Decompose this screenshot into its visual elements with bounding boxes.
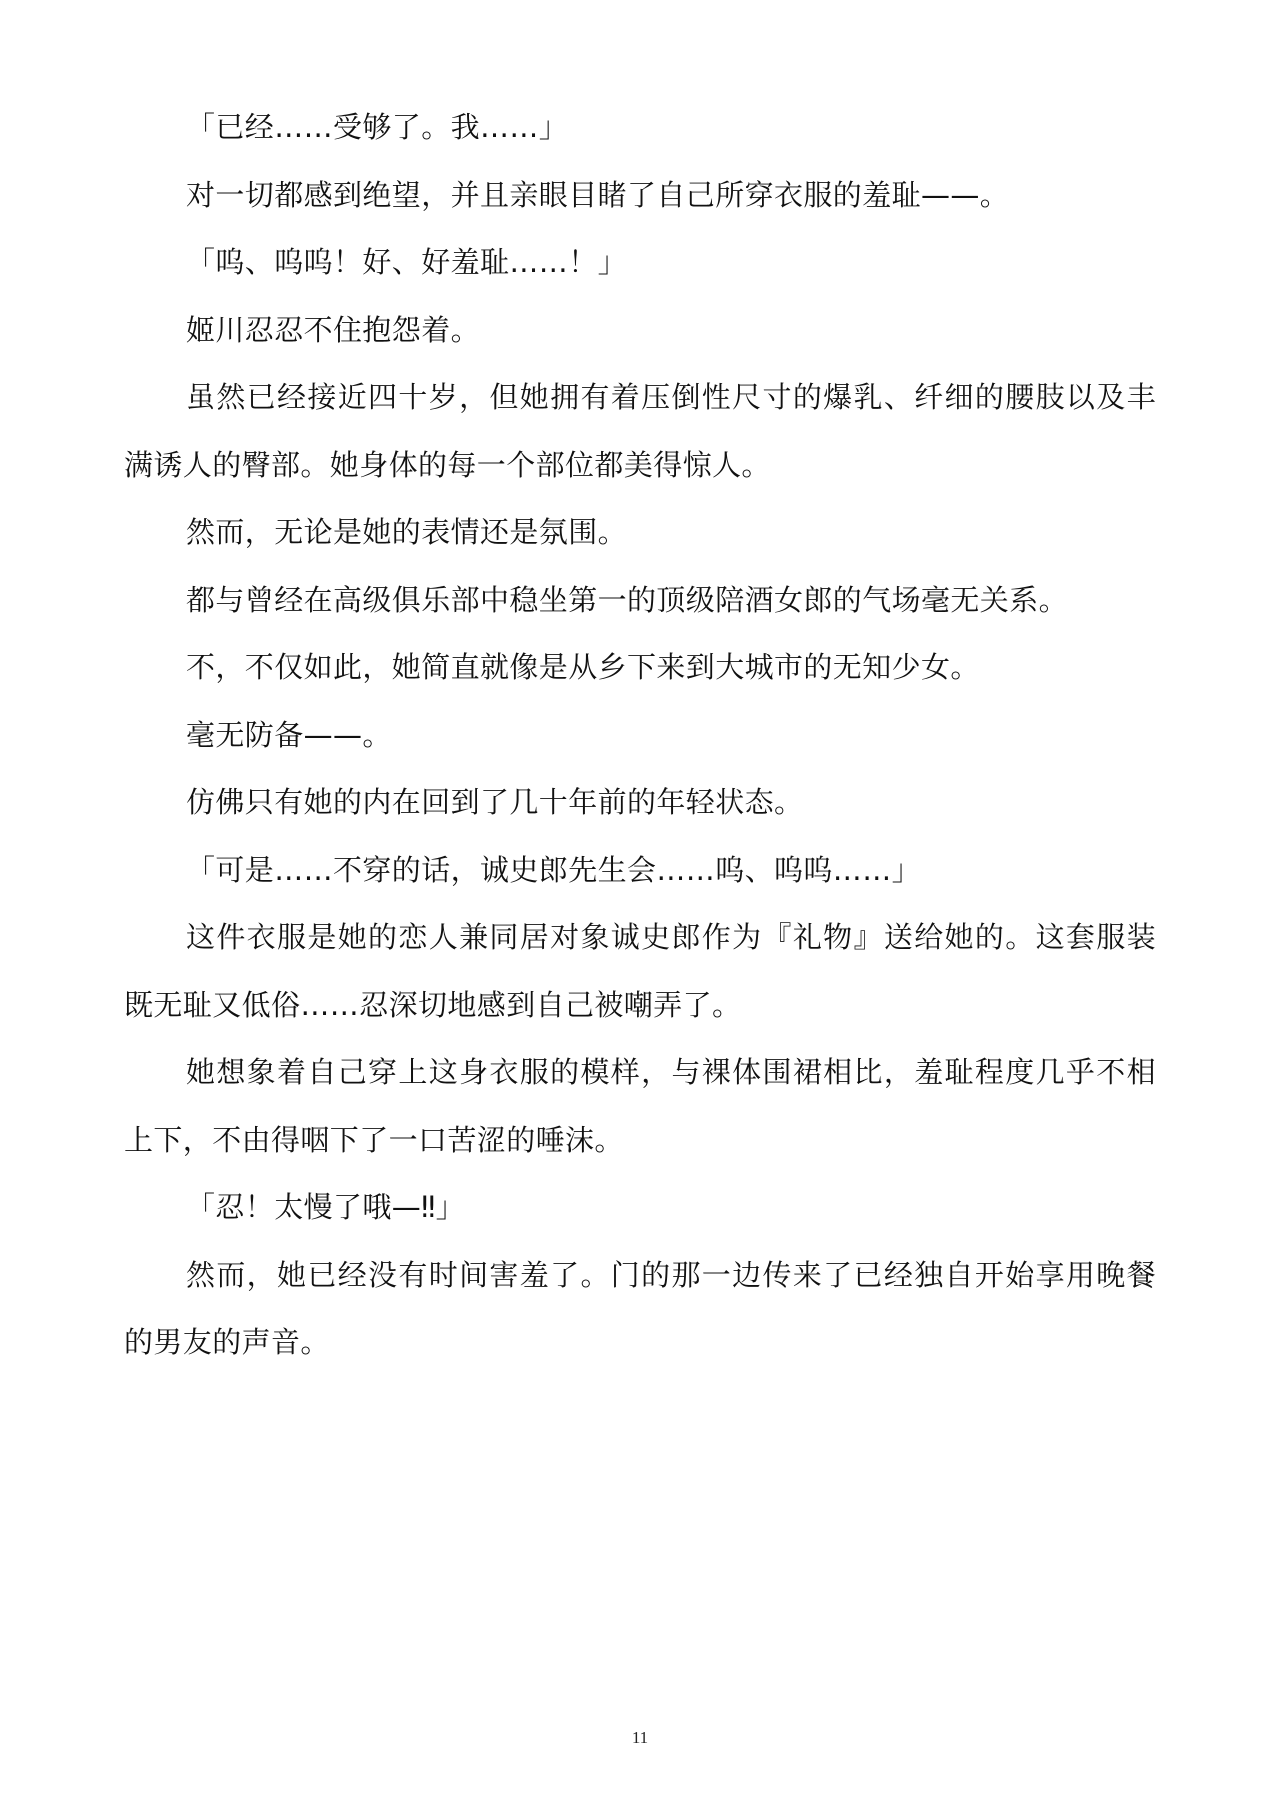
- paragraph-narration-4: 然而，无论是她的表情还是氛围。: [124, 499, 1156, 567]
- paragraph-narration-1: 对一切都感到绝望，并且亲眼目睹了自己所穿衣服的羞耻——。: [124, 162, 1156, 230]
- page-body: 「已经……受够了。我……」 对一切都感到绝望，并且亲眼目睹了自己所穿衣服的羞耻—…: [124, 94, 1156, 1377]
- paragraph-narration-2: 姬川忍忍不住抱怨着。: [124, 297, 1156, 365]
- paragraph-narration-6: 不，不仅如此，她简直就像是从乡下来到大城市的无知少女。: [124, 634, 1156, 702]
- paragraph-dialogue-3: 「可是……不穿的话，诚史郎先生会……呜、呜呜……」: [124, 837, 1156, 905]
- page-number: 11: [0, 1728, 1280, 1748]
- paragraph-narration-5: 都与曾经在高级俱乐部中稳坐第一的顶级陪酒女郎的气场毫无关系。: [124, 567, 1156, 635]
- paragraph-narration-9: 这件衣服是她的恋人兼同居对象诚史郎作为『礼物』送给她的。这套服装既无耻又低俗………: [124, 904, 1156, 1039]
- paragraph-narration-10: 她想象着自己穿上这身衣服的模样，与裸体围裙相比，羞耻程度几乎不相上下，不由得咽下…: [124, 1039, 1156, 1174]
- paragraph-narration-8: 仿佛只有她的内在回到了几十年前的年轻状态。: [124, 769, 1156, 837]
- paragraph-narration-3: 虽然已经接近四十岁，但她拥有着压倒性尺寸的爆乳、纤细的腰肢以及丰满诱人的臀部。她…: [124, 364, 1156, 499]
- paragraph-narration-11: 然而，她已经没有时间害羞了。门的那一边传来了已经独自开始享用晚餐的男友的声音。: [124, 1242, 1156, 1377]
- paragraph-dialogue-2: 「呜、呜呜！好、好羞耻……！」: [124, 229, 1156, 297]
- paragraph-dialogue-4: 「忍！太慢了哦—‼」: [124, 1174, 1156, 1242]
- paragraph-narration-7: 毫无防备——。: [124, 702, 1156, 770]
- paragraph-dialogue-1: 「已经……受够了。我……」: [124, 94, 1156, 162]
